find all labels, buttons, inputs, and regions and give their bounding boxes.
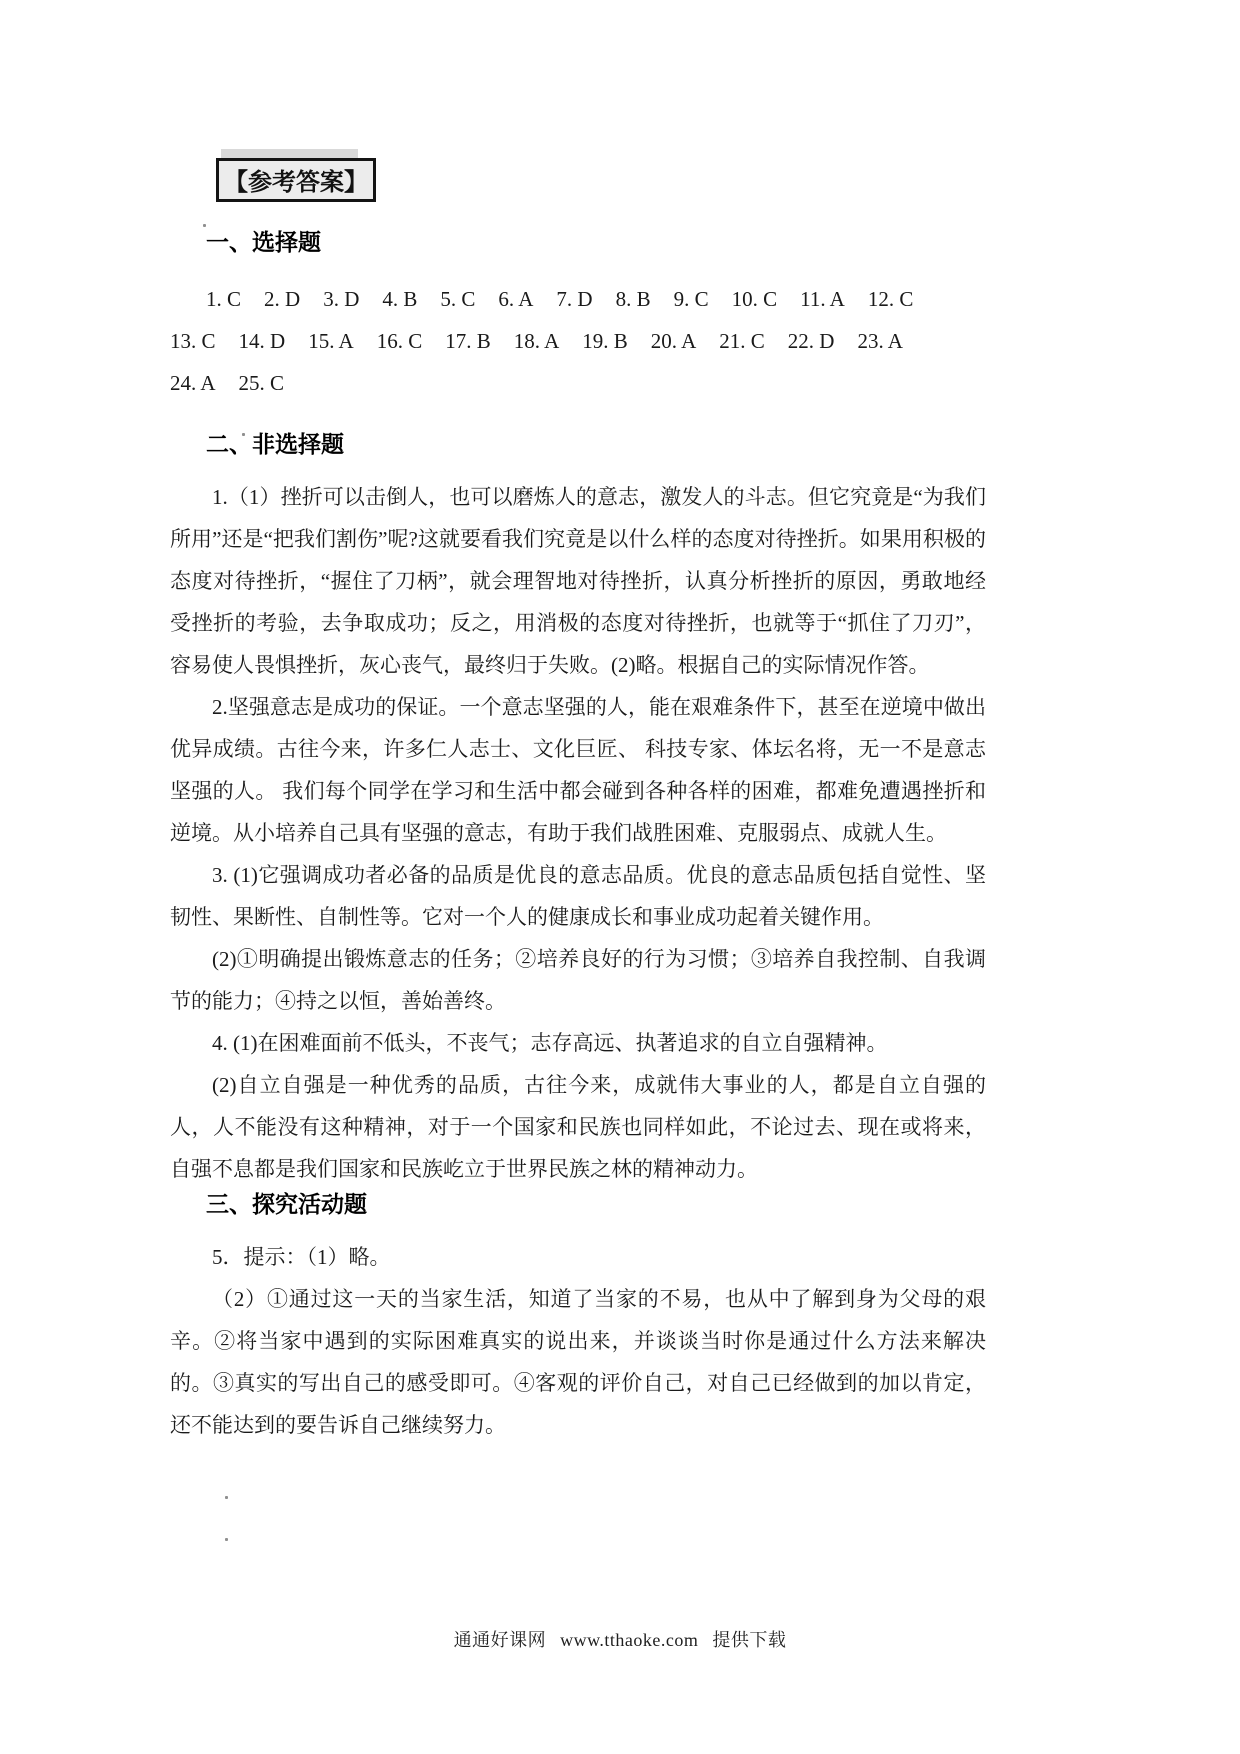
- choice-answer-item: 10. C: [732, 278, 778, 320]
- footer-suffix: 提供下载: [712, 1630, 786, 1650]
- choice-answer-item: 6. A: [498, 278, 533, 320]
- activity-paragraphs: 5．提示：（1）略。（2）①通过这一天的当家生活，知道了当家的不易，也从中了解到…: [170, 1236, 986, 1446]
- answer-paragraph: 5．提示：（1）略。: [170, 1236, 986, 1278]
- choice-answer-item: 11. A: [800, 278, 845, 320]
- section-heading-choice: 一、选择题: [206, 228, 986, 258]
- choice-answer-item: 9. C: [674, 278, 709, 320]
- non-choice-paragraphs: 1.（1）挫折可以击倒人，也可以磨炼人的意志，激发人的斗志。但它究竟是“为我们所…: [170, 476, 986, 1190]
- choice-answer-item: 8. B: [616, 278, 651, 320]
- answer-paragraph: （2）①通过这一天的当家生活，知道了当家的不易，也从中了解到身为父母的艰辛。②将…: [170, 1278, 986, 1446]
- answer-paragraph: 4. (1)在困难面前不低头，不丧气；志存高远、执著追求的自立自强精神。: [170, 1022, 986, 1064]
- choice-answer-item: 24. A: [170, 362, 216, 404]
- choice-answer-item: 12. C: [868, 278, 914, 320]
- choice-answer-item: 25. C: [239, 362, 285, 404]
- choice-answer-item: 3. D: [323, 278, 359, 320]
- choice-answer-item: 18. A: [514, 320, 560, 362]
- footer-url: www.tthaoke.com: [560, 1630, 698, 1650]
- choice-answer-item: 2. D: [264, 278, 300, 320]
- answer-paragraph: (2)①明确提出锻炼意志的任务；②培养良好的行为习惯；③培养自我控制、自我调节的…: [170, 938, 986, 1022]
- choice-answer-item: 4. B: [382, 278, 417, 320]
- choice-answer-item: 17. B: [445, 320, 491, 362]
- answer-paragraph: 1.（1）挫折可以击倒人，也可以磨炼人的意志，激发人的斗志。但它究竟是“为我们所…: [170, 476, 986, 686]
- choice-answer-item: 16. C: [377, 320, 423, 362]
- choice-answer-item: 14. D: [239, 320, 286, 362]
- header-gray-band: [221, 149, 358, 158]
- choice-answer-item: 21. C: [719, 320, 765, 362]
- choice-answer-item: 19. B: [582, 320, 628, 362]
- choice-answer-item: 7. D: [556, 278, 592, 320]
- choice-answer-list: 1. C2. D3. D4. B5. C6. A7. D8. B9. C10. …: [170, 278, 986, 404]
- answer-paragraph: (2)自立自强是一种优秀的品质，古往今来，成就伟大事业的人，都是自立自强的人，人…: [170, 1064, 986, 1190]
- stray-dot: [203, 224, 206, 227]
- choice-answer-item: 5. C: [440, 278, 475, 320]
- section-heading-non-choice: 二、非选择题: [206, 430, 986, 460]
- answer-paragraph: 2.坚强意志是成功的保证。一个意志坚强的人，能在艰难条件下，甚至在逆境中做出优异…: [170, 686, 986, 854]
- stray-dot: [242, 433, 245, 436]
- choice-answer-item: 13. C: [170, 320, 216, 362]
- choice-answer-item: 23. A: [857, 320, 903, 362]
- choice-answer-item: 1. C: [206, 278, 241, 320]
- choice-answer-item: 15. A: [308, 320, 354, 362]
- section-heading-activity: 三、探究活动题: [206, 1190, 986, 1220]
- answer-content: 一、选择题 1. C2. D3. D4. B5. C6. A7. D8. B9.…: [170, 228, 986, 1446]
- page-footer: 通通好课网www.tthaoke.com提供下载: [0, 1626, 1240, 1652]
- stray-dot: [225, 1496, 228, 1499]
- answer-key-title: 【参考答案】: [216, 158, 376, 202]
- footer-site-name: 通通好课网: [454, 1630, 547, 1650]
- document-page: 【参考答案】 一、选择题 1. C2. D3. D4. B5. C6. A7. …: [0, 0, 1240, 1754]
- choice-answer-item: 20. A: [651, 320, 697, 362]
- answer-paragraph: 3. (1)它强调成功者必备的品质是优良的意志品质。优良的意志品质包括自觉性、坚…: [170, 854, 986, 938]
- stray-dot: [225, 1538, 228, 1541]
- choice-answer-item: 22. D: [788, 320, 835, 362]
